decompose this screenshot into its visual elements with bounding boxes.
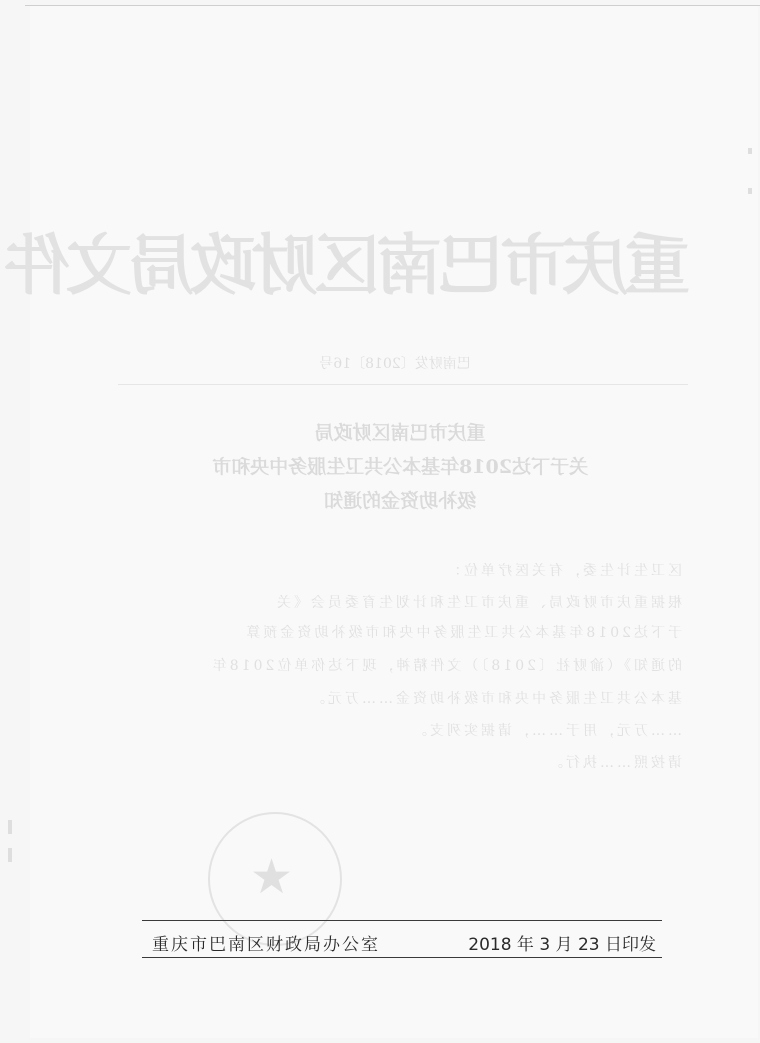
doc-number-showthrough: 巴南财发〔2018〕16号 — [245, 353, 545, 373]
notice-title-line-1: 重庆市巴南区财政局 — [180, 418, 620, 445]
body-line: ……万元，用于……，请据实列支。 — [142, 720, 682, 740]
scan-edge-mark — [8, 848, 12, 862]
footer-issuer: 重庆市巴南区财政局办公室 — [152, 930, 380, 955]
footer-top-rule — [142, 920, 662, 921]
document-page — [30, 6, 758, 1038]
page-top-edge — [25, 5, 760, 6]
notice-title-line-3: 级补助资金的通知 — [180, 486, 620, 513]
official-seal-showthrough: ★ — [208, 812, 342, 946]
body-line: 于下达2018年基本公共卫生服务中央和市级补助资金预算 — [142, 622, 682, 642]
scan-edge-mark — [748, 148, 752, 154]
body-line: 请按照……执行。 — [142, 752, 682, 772]
scan-edge-mark — [748, 188, 752, 194]
header-title-showthrough: 重庆市巴南区财政局文件 — [120, 212, 690, 307]
star-icon: ★ — [250, 849, 293, 905]
footer-print-date: 2018 年 3 月 23 日印发 — [468, 930, 656, 955]
salutation-showthrough: 区卫生计生委，有关医疗单位： — [142, 560, 682, 580]
body-line: 的通知》（渝财社〔2018〕）文件精神，现下达你单位2018年 — [142, 655, 682, 675]
header-divider — [118, 384, 688, 385]
body-line: 根据重庆市财政局、重庆市卫生和计划生育委员会《关 — [142, 592, 682, 612]
body-line: 基本公共卫生服务中央和市级补助资金……万元。 — [142, 688, 682, 708]
notice-title-line-2: 关于下达2018年基本公共卫生服务中央和市 — [180, 452, 620, 479]
footer-bottom-rule — [142, 957, 662, 958]
scan-edge-mark — [8, 820, 12, 834]
